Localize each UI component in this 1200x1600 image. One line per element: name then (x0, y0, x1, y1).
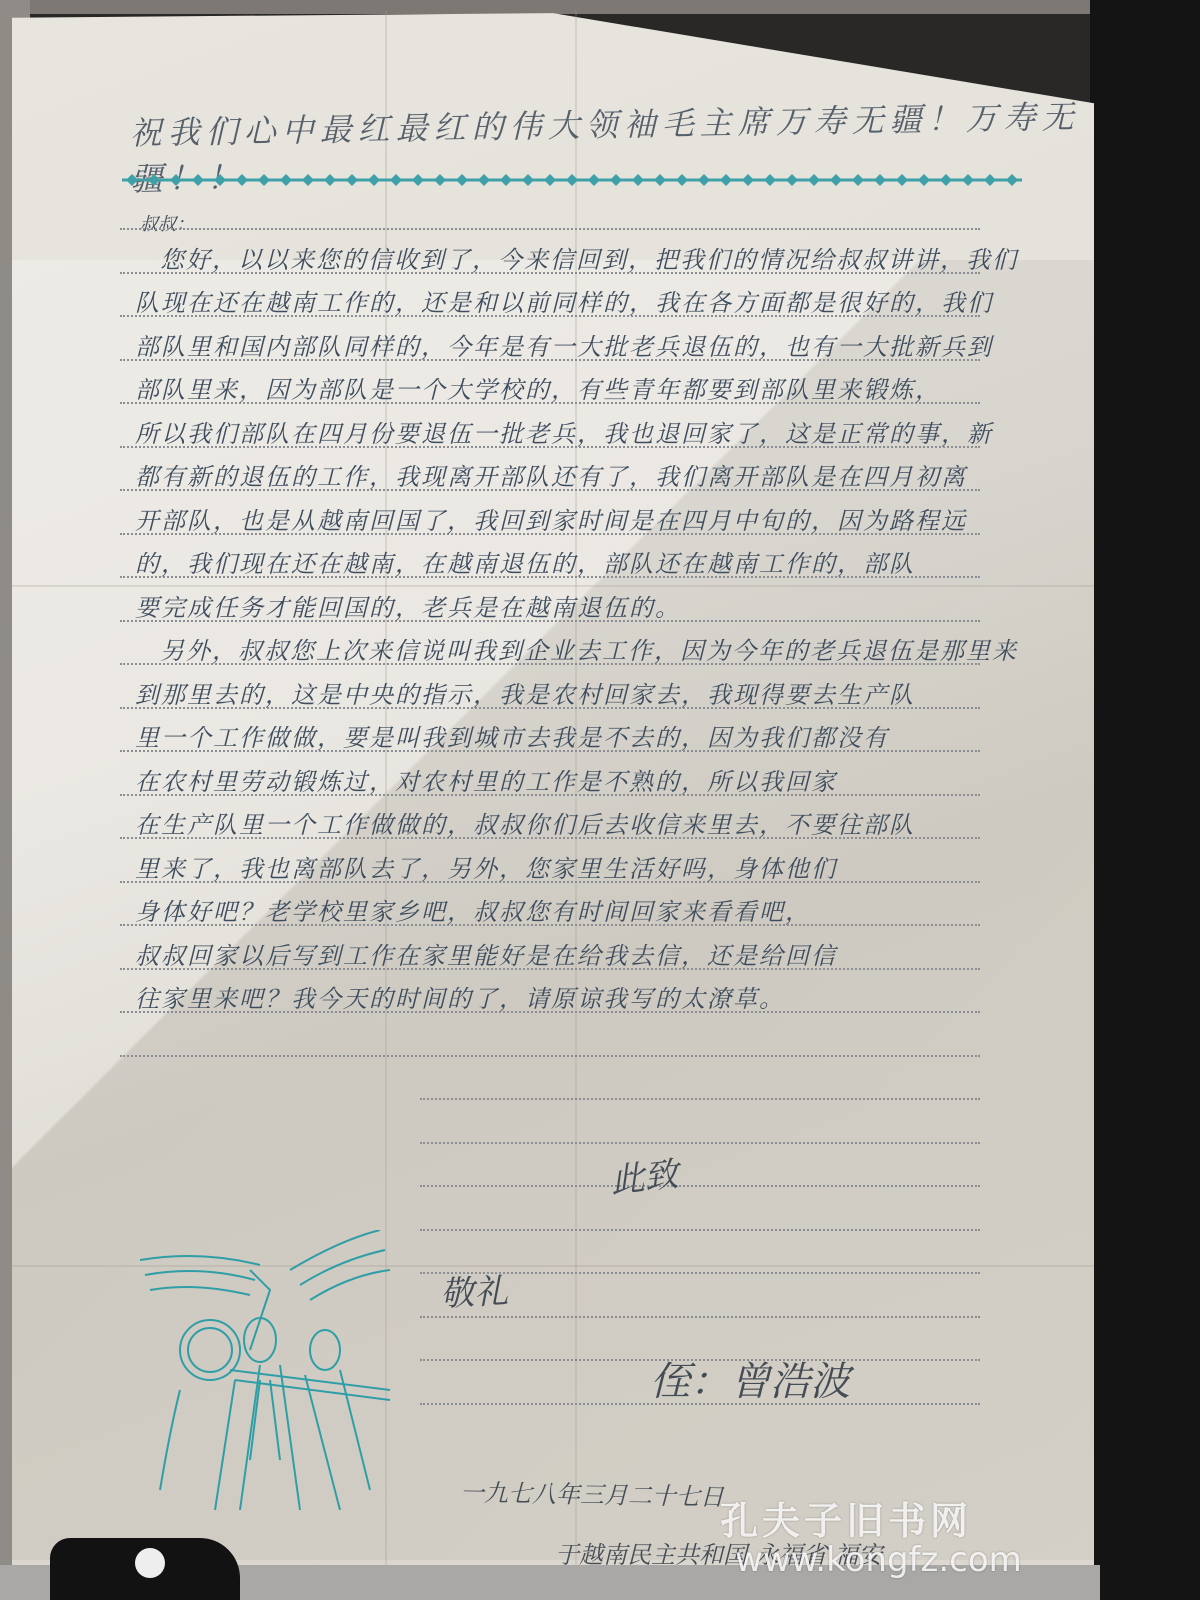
date-line: 一九七八年三月二十七日 (460, 1473, 725, 1513)
letter-line: 您好，以以来您的信收到了，今来信回到，把我们的情况给叔叔讲讲，我们部 (160, 240, 1020, 275)
background-top (0, 0, 1100, 14)
signature-prefix: 侄： (650, 1359, 730, 1405)
closing-cizhi: 此致 (608, 1147, 681, 1203)
ruled-line (420, 1185, 980, 1187)
letter-line: 另外，叔叔您上次来信说叫我到企业去工作，因为今年的老兵退伍是那里来 (160, 631, 1020, 666)
letter-line: 部队里来，因为部队是一个大学校的，有些青年都要到部队里来锻炼， (135, 370, 995, 405)
ruled-line (120, 1055, 980, 1057)
letter-line: 部队里和国内部队同样的，今年是有一大批老兵退伍的，也有一大批新兵到 (135, 327, 995, 362)
ruled-line (420, 1098, 980, 1100)
letter-line: 到那里去的，这是中央的指示，我是农村回家去，我现得要去生产队 (135, 675, 995, 710)
letter-line: 身体好吧？老学校里家乡吧，叔叔您有时间回家来看看吧， (135, 892, 995, 927)
letter-line: 都有新的退伍的工作，我现离开部队还有了，我们离开部队是在四月初离 (135, 457, 995, 492)
letter-line: 在农村里劳动锻炼过，对农村里的工作是不熟的，所以我回家 (135, 762, 995, 797)
watermark-text: 孔夫子旧书网 (720, 1490, 972, 1545)
letter-line: 叔叔回家以后写到工作在家里能好是在给我去信，还是给回信 (135, 936, 995, 971)
letter-line: 所以我们部队在四月份要退伍一批老兵，我也退回家了，这是正常的事，新年 (135, 414, 995, 449)
ruled-line (420, 1142, 980, 1144)
closing-jingli: 敬礼 (439, 1263, 509, 1315)
watermark-url: www.kongfz.com (735, 1540, 1022, 1580)
signature-name: 曾浩波 (730, 1359, 850, 1405)
letter-line: 里来了，我也离部队去了，另外，您家里生活好吗，身体他们 (135, 849, 995, 884)
background-table-dark (1090, 0, 1200, 1600)
greeting: 叔叔： (140, 210, 194, 236)
letter-line: 要完成任务才能回国的，老兵是在越南退伍的。 (135, 588, 995, 623)
letter-line: 在生产队里一个工作做做的，叔叔你们后去收信来里去，不要往部队 (135, 805, 995, 840)
black-object-bottom-left (50, 1538, 240, 1600)
letter-line: 队现在还在越南工作的，还是和以前同样的，我在各方面都是很好的，我们 (135, 283, 995, 318)
letter-line: 里一个工作做做，要是叫我到城市去我是不去的，因为我们都没有 (135, 718, 995, 753)
ruled-line (120, 228, 980, 230)
signature: 侄：曾浩波 (650, 1350, 850, 1407)
letter-line: 往家里来吧？我今天的时间的了，请原谅我写的太潦草。 (135, 979, 995, 1014)
ruled-line (420, 1316, 980, 1318)
letter-line: 开部队，也是从越南回国了，我回到家时间是在四月中旬的，因为路程远 (135, 501, 995, 536)
ruled-line (420, 1229, 980, 1231)
teal-diamond-border (122, 172, 1022, 188)
teal-workers-illustration (140, 1230, 410, 1510)
letter-line: 的，我们现在还在越南，在越南退伍的，部队还在越南工作的，部队 (135, 544, 995, 579)
